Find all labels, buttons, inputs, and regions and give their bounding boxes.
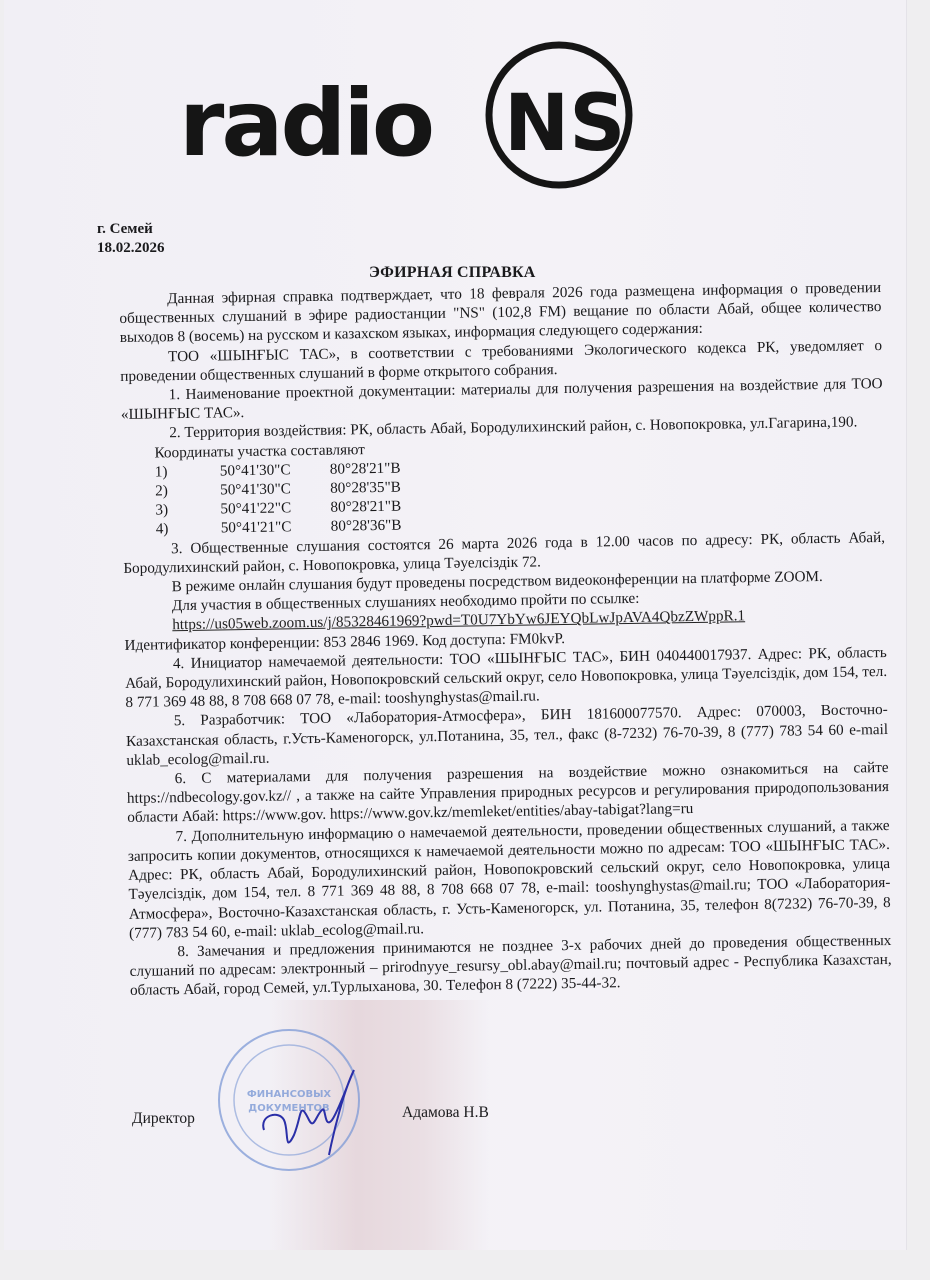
coord-lat: 50°41'21"С <box>221 517 331 538</box>
coord-lat: 50°41'22"С <box>220 498 330 519</box>
item-7: 7. Дополнительную информацию о намечаемо… <box>127 816 891 943</box>
coord-lat: 50°41'30"С <box>220 460 330 481</box>
coord-lon: 80°28'36"В <box>331 516 402 536</box>
coord-lon: 80°28'35"В <box>330 478 401 498</box>
date: 18.02.2026 <box>97 239 165 258</box>
coord-index: 2) <box>155 480 220 500</box>
item-8: 8. Замечания и предложения принимаются н… <box>129 931 892 1001</box>
handwritten-signature <box>254 1060 364 1160</box>
logo-radio-text: radio <box>179 70 432 177</box>
document-title: ЭФИРНАЯ СПРАВКА <box>369 264 536 282</box>
coord-index: 4) <box>156 519 221 539</box>
coord-lon: 80°28'21"В <box>330 497 401 517</box>
coord-lon: 80°28'21"В <box>330 458 401 478</box>
header-block: г. Семей 18.02.2026 <box>97 220 165 258</box>
radio-ns-logo: radio NS <box>179 40 679 190</box>
coord-index: 3) <box>155 500 220 520</box>
document-body: Данная эфирная справка подтверждает, что… <box>119 278 892 1000</box>
logo-ns-text: NS <box>504 79 625 169</box>
director-name: Адамова Н.В <box>402 1104 489 1122</box>
coord-lat: 50°41'30"С <box>220 479 330 500</box>
coord-index: 1) <box>155 461 220 481</box>
document-page: radio NS г. Семей 18.02.2026 ЭФИРНАЯ СПР… <box>4 0 907 1250</box>
coordinates-block: Координаты участка составляют 1) 50°41'3… <box>154 432 884 539</box>
city: г. Семей <box>97 220 165 239</box>
director-title: Директор <box>132 1110 195 1128</box>
